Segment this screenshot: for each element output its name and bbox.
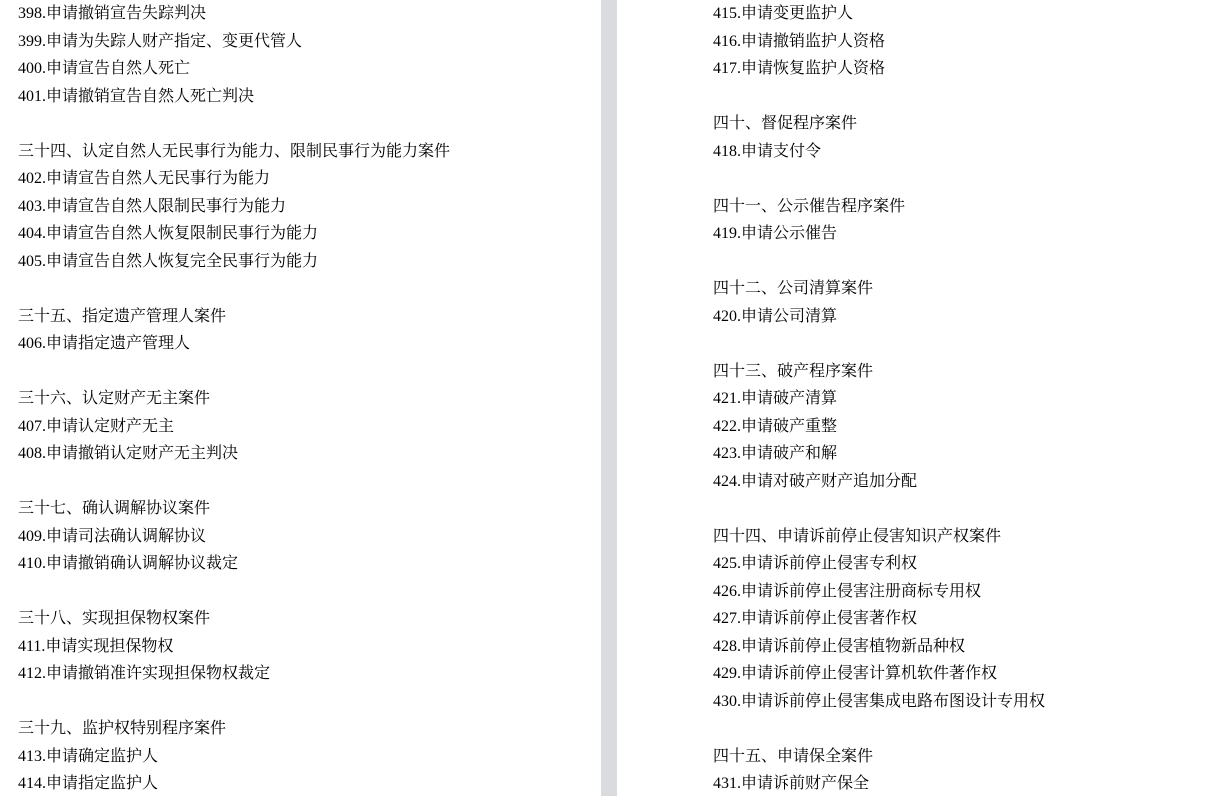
case-item: 409.申请司法确认调解协议 [18, 523, 601, 551]
case-item: 429.申请诉前停止侵害计算机软件著作权 [713, 660, 1219, 688]
case-item: 404.申请宣告自然人恢复限制民事行为能力 [18, 220, 601, 248]
case-item: 418.申请支付令 [713, 138, 1219, 166]
case-item: 408.申请撤销认定财产无主判决 [18, 440, 601, 468]
case-item: 411.申请实现担保物权 [18, 633, 601, 661]
case-item: 431.申请诉前财产保全 [713, 770, 1219, 796]
case-item: 420.申请公司清算 [713, 303, 1219, 331]
section-block: 四十二、公司清算案件420.申请公司清算 [713, 275, 1219, 330]
case-item: 413.申请确定监护人 [18, 743, 601, 771]
case-item: 416.申请撤销监护人资格 [713, 28, 1219, 56]
section-heading: 四十一、公示催告程序案件 [713, 193, 1219, 221]
case-item: 423.申请破产和解 [713, 440, 1219, 468]
case-item: 399.申请为失踪人财产指定、变更代管人 [18, 28, 601, 56]
section-heading: 三十九、监护权特别程序案件 [18, 715, 601, 743]
case-item: 424.申请对破产财产追加分配 [713, 468, 1219, 496]
section-heading: 三十四、认定自然人无民事行为能力、限制民事行为能力案件 [18, 138, 601, 166]
case-item: 428.申请诉前停止侵害植物新品种权 [713, 633, 1219, 661]
section-heading: 三十五、指定遗产管理人案件 [18, 303, 601, 331]
case-item: 412.申请撤销准许实现担保物权裁定 [18, 660, 601, 688]
case-item: 422.申请破产重整 [713, 413, 1219, 441]
case-item: 406.申请指定遗产管理人 [18, 330, 601, 358]
section-block: 415.申请变更监护人416.申请撤销监护人资格417.申请恢复监护人资格 [713, 0, 1219, 83]
section-heading: 三十七、确认调解协议案件 [18, 495, 601, 523]
case-item: 407.申请认定财产无主 [18, 413, 601, 441]
case-item: 415.申请变更监护人 [713, 0, 1219, 28]
page-left-content: 398.申请撤销宣告失踪判决399.申请为失踪人财产指定、变更代管人400.申请… [0, 0, 601, 796]
section-heading: 三十六、认定财产无主案件 [18, 385, 601, 413]
document-page-left: 398.申请撤销宣告失踪判决399.申请为失踪人财产指定、变更代管人400.申请… [0, 0, 601, 796]
case-item: 419.申请公示催告 [713, 220, 1219, 248]
case-item: 402.申请宣告自然人无民事行为能力 [18, 165, 601, 193]
section-block: 四十四、申请诉前停止侵害知识产权案件425.申请诉前停止侵害专利权426.申请诉… [713, 523, 1219, 716]
case-item: 425.申请诉前停止侵害专利权 [713, 550, 1219, 578]
case-item: 414.申请指定监护人 [18, 770, 601, 796]
case-item: 400.申请宣告自然人死亡 [18, 55, 601, 83]
section-block: 四十、督促程序案件418.申请支付令 [713, 110, 1219, 165]
section-heading: 四十、督促程序案件 [713, 110, 1219, 138]
document-page-right: 415.申请变更监护人416.申请撤销监护人资格417.申请恢复监护人资格四十、… [617, 0, 1219, 796]
case-item: 403.申请宣告自然人限制民事行为能力 [18, 193, 601, 221]
section-block: 三十四、认定自然人无民事行为能力、限制民事行为能力案件402.申请宣告自然人无民… [18, 138, 601, 276]
case-item: 405.申请宣告自然人恢复完全民事行为能力 [18, 248, 601, 276]
case-item: 398.申请撤销宣告失踪判决 [18, 0, 601, 28]
section-heading: 三十八、实现担保物权案件 [18, 605, 601, 633]
section-heading: 四十二、公司清算案件 [713, 275, 1219, 303]
case-item: 401.申请撤销宣告自然人死亡判决 [18, 83, 601, 111]
case-item: 427.申请诉前停止侵害著作权 [713, 605, 1219, 633]
section-block: 三十九、监护权特别程序案件413.申请确定监护人414.申请指定监护人 [18, 715, 601, 796]
section-block: 四十一、公示催告程序案件419.申请公示催告 [713, 193, 1219, 248]
case-item: 421.申请破产清算 [713, 385, 1219, 413]
case-item: 426.申请诉前停止侵害注册商标专用权 [713, 578, 1219, 606]
section-block: 三十八、实现担保物权案件411.申请实现担保物权412.申请撤销准许实现担保物权… [18, 605, 601, 688]
page-right-content: 415.申请变更监护人416.申请撤销监护人资格417.申请恢复监护人资格四十、… [617, 0, 1219, 796]
section-block: 四十三、破产程序案件421.申请破产清算422.申请破产重整423.申请破产和解… [713, 358, 1219, 496]
page-gutter [601, 0, 617, 796]
section-heading: 四十五、申请保全案件 [713, 743, 1219, 771]
section-heading: 四十四、申请诉前停止侵害知识产权案件 [713, 523, 1219, 551]
section-block: 四十五、申请保全案件431.申请诉前财产保全 [713, 743, 1219, 796]
case-item: 430.申请诉前停止侵害集成电路布图设计专用权 [713, 688, 1219, 716]
case-item: 417.申请恢复监护人资格 [713, 55, 1219, 83]
case-item: 410.申请撤销确认调解协议裁定 [18, 550, 601, 578]
section-block: 三十六、认定财产无主案件407.申请认定财产无主408.申请撤销认定财产无主判决 [18, 385, 601, 468]
section-block: 三十五、指定遗产管理人案件406.申请指定遗产管理人 [18, 303, 601, 358]
section-block: 三十七、确认调解协议案件409.申请司法确认调解协议410.申请撤销确认调解协议… [18, 495, 601, 578]
section-block: 398.申请撤销宣告失踪判决399.申请为失踪人财产指定、变更代管人400.申请… [18, 0, 601, 110]
section-heading: 四十三、破产程序案件 [713, 358, 1219, 386]
